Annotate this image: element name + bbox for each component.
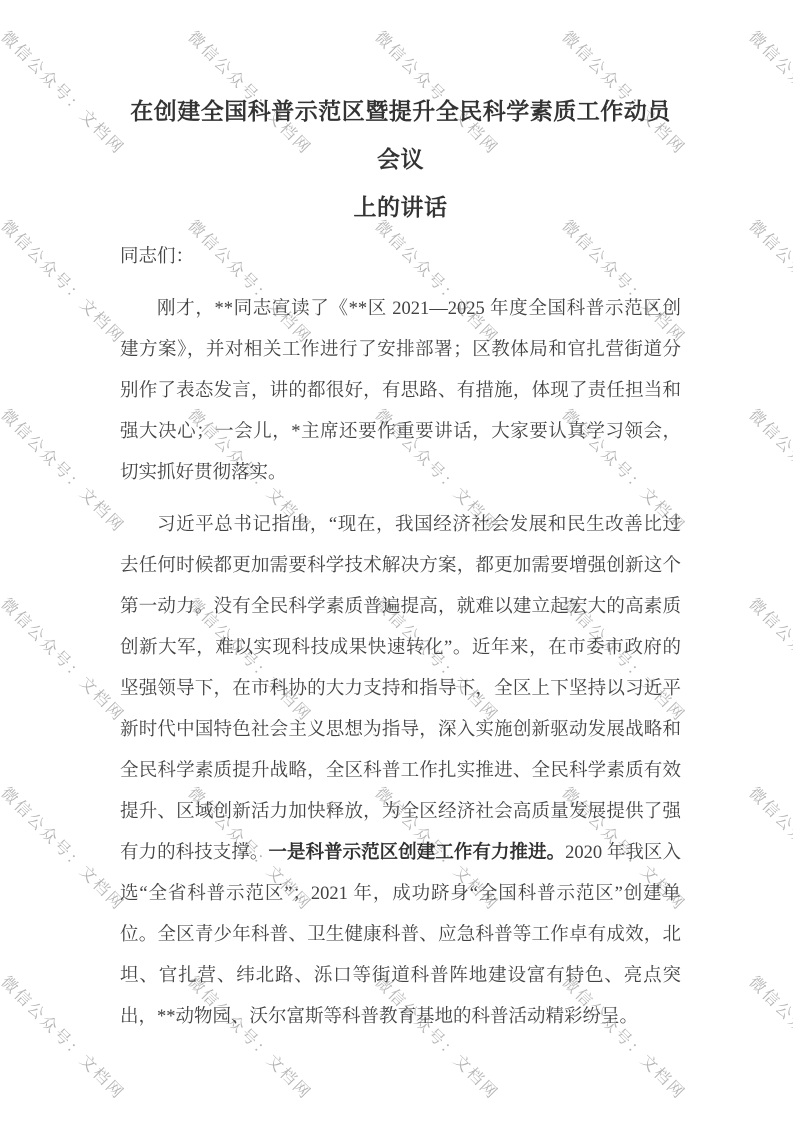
text-run: 刚才，**同志宣读了《**区 2021—2025 年度全国科普示范区创建方案》，… [120,299,681,483]
document-content: 在创建全国科普示范区暨提升全民科学素质工作动员会议 上的讲话 同志们：刚才，**… [120,88,681,1049]
watermark-text: 微信公众号：文档网 [745,781,793,915]
watermark-text: 微信公众号：文档网 [745,592,793,726]
document-title: 在创建全国科普示范区暨提升全民科学素质工作动员会议 上的讲话 [120,88,681,232]
watermark-text: 微信公众号：文档网 [745,403,793,537]
bold-text-run: 一是科普示范区创建工作有力推进。 [268,843,565,863]
document-page: 微信公众号：文档网微信公众号：文档网微信公众号：文档网微信公众号：文档网微信公众… [0,0,793,1122]
title-line-1: 在创建全国科普示范区暨提升全民科学素质工作动员会议 [120,88,681,184]
text-run: 2020 年我区入选“全省科普示范区”；2021 年，成功跻身“全国科普示范区”… [120,843,681,1027]
paragraph: 习近平总书记指出，“现在，我国经济社会发展和民生改善比过去任何时候都更加需要科学… [120,505,681,1038]
watermark-text: 微信公众号：文档网 [745,214,793,348]
watermark-text: 微信公众号：文档网 [0,403,131,537]
watermark-text: 微信公众号：文档网 [0,25,131,159]
watermark-text: 微信公众号：文档网 [0,592,131,726]
watermark-text: 微信公众号：文档网 [0,214,131,348]
title-line-2: 上的讲话 [120,184,681,232]
paragraph: 同志们： [120,237,681,278]
document-body: 同志们：刚才，**同志宣读了《**区 2021—2025 年度全国科普示范区创建… [120,237,681,1038]
paragraph: 刚才，**同志宣读了《**区 2021—2025 年度全国科普示范区创建方案》，… [120,289,681,494]
watermark-text: 微信公众号：文档网 [745,25,793,159]
watermark-text: 微信公众号：文档网 [0,781,131,915]
watermark-text: 微信公众号：文档网 [0,970,131,1104]
text-run: 同志们： [120,247,194,267]
text-run: 习近平总书记指出，“现在，我国经济社会发展和民生改善比过去任何时候都更加需要科学… [120,515,681,863]
watermark-text: 微信公众号：文档网 [745,970,793,1104]
